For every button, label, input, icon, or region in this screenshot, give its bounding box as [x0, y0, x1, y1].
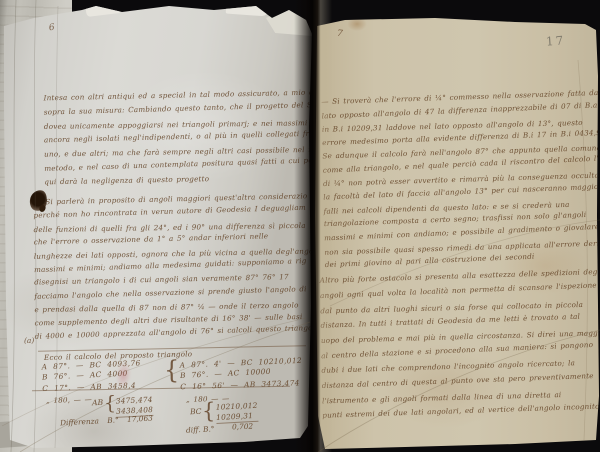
torn-paper-bit: [226, 6, 269, 16]
difference-right: diff. B.°: [186, 424, 215, 434]
torn-paper-bit: [85, 6, 120, 17]
left-paragraph-1: Intesa con altri antiqui ed a special in…: [44, 89, 312, 190]
left-paragraph-2: Si parlerà in proposito di angoli maggio…: [33, 193, 312, 343]
bc-values: 10210,01210209,31: [216, 401, 258, 423]
right-paragraph-2: Altro più forte ostacolo si presenta all…: [320, 267, 600, 422]
ab-group-label: AB: [92, 398, 103, 407]
right-page-number: 7: [336, 29, 343, 40]
bc-result: 0,702: [232, 422, 253, 432]
table-brace: {: [164, 355, 179, 384]
folded-corner: [266, 6, 312, 36]
right-paragraph-1: — Si troverà che l'errore di ¼° commesso…: [321, 89, 600, 272]
bc-brace: {: [202, 399, 215, 423]
pencil-folio-number: 17: [546, 33, 566, 48]
difference-left: Differenza B.° 17,063: [60, 414, 153, 428]
bc-group-label: BC: [190, 407, 202, 416]
sum-left: „ 180, — —: [46, 393, 92, 408]
margin-note-marker: (a): [24, 336, 34, 345]
left-page-number: 6: [48, 23, 55, 34]
ab-brace: {: [104, 392, 116, 414]
right-page: 7 17 — Si troverà che l'errore di ¼° com…: [315, 16, 600, 452]
left-page: 6 Intesa con altri antiqui ed a special …: [4, 6, 312, 452]
manuscript-photo: 6 Intesa con altri antiqui ed a special …: [0, 0, 600, 452]
